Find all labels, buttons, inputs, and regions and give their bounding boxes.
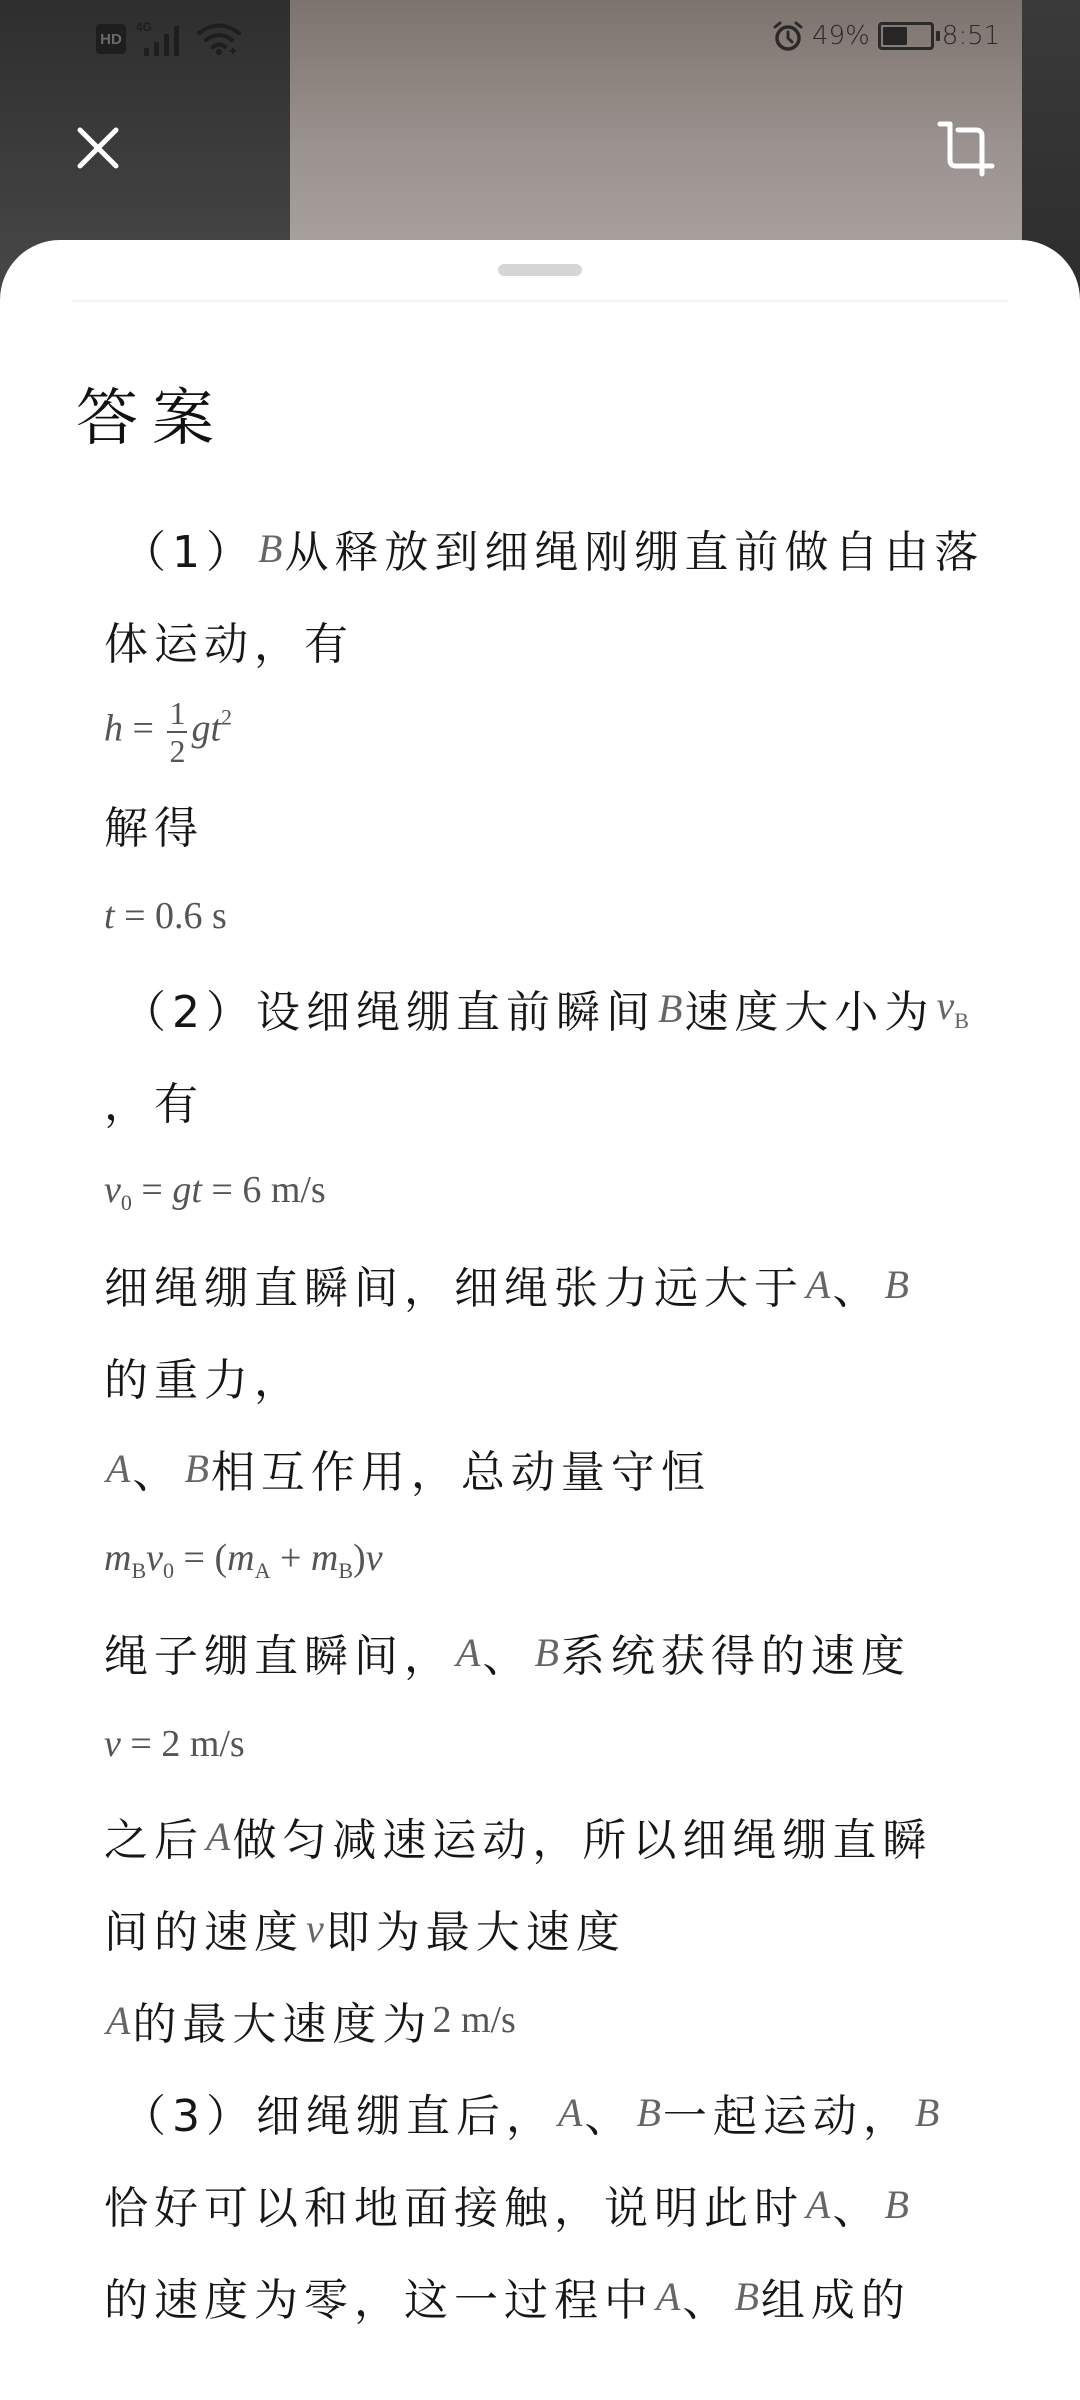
- close-button[interactable]: [70, 120, 126, 176]
- status-left-group: HD 4G: [96, 22, 242, 56]
- math-variable: B: [636, 2089, 660, 2136]
- text-run: 、: [682, 2264, 732, 2328]
- math-variable: A: [206, 1813, 230, 1860]
- hd-icon: HD: [96, 24, 126, 54]
- math-variable: v: [306, 1905, 324, 1952]
- text-run: 之后: [104, 1804, 204, 1868]
- text-run: 系统获得的速度: [561, 1620, 911, 1684]
- text-run: 间的速度: [104, 1896, 304, 1960]
- sheet-drag-handle[interactable]: [498, 264, 582, 276]
- crop-icon: [932, 116, 996, 180]
- math-variable: B: [884, 1261, 908, 1308]
- math-variable: B: [884, 2181, 908, 2228]
- answer-line-1: （1）B从释放到细绳刚绷直前做自由落: [104, 502, 984, 594]
- formula-momentum: mBv0 = (mA + mB)v: [104, 1514, 984, 1606]
- math-variable: A: [806, 1261, 830, 1308]
- close-icon: [76, 126, 120, 170]
- math-variable: B: [658, 985, 682, 1032]
- text-run: 解得: [104, 792, 204, 856]
- text-run: 、: [832, 2172, 882, 2236]
- text-run: 、: [832, 1252, 882, 1316]
- math-variable: A: [558, 2089, 582, 2136]
- text-run: 从释放到细绳刚绷直前做自由落: [284, 516, 984, 580]
- text-run: 、: [584, 2080, 634, 2144]
- math-variable: vB: [936, 982, 968, 1034]
- answer-line-17: A的最大速度为 2 m/s: [104, 1974, 984, 2066]
- math-variable: A: [106, 1997, 130, 2044]
- text-run: 的重力，: [104, 1344, 304, 1408]
- answer-line-11: A、B相互作用，总动量守恒: [104, 1422, 984, 1514]
- answer-line-20: 的速度为零，这一过程中A、B组成的: [104, 2250, 984, 2342]
- formula-v: v = 2 m/s: [104, 1698, 984, 1790]
- text-run: 一起运动，: [663, 2080, 913, 2144]
- formula-h: h = 12gt2: [104, 686, 984, 778]
- text-run: 做匀减速运动，所以细绳绷直瞬: [232, 1804, 932, 1868]
- answer-content: （1）B从释放到细绳刚绷直前做自由落 体运动，有 h = 12gt2 解得 t …: [104, 502, 984, 2342]
- text-run: 绳子绷直瞬间，: [104, 1620, 454, 1684]
- answer-line-10: 的重力，: [104, 1330, 984, 1422]
- text-run: 的速度为零，这一过程中: [104, 2264, 654, 2328]
- math-variable: B: [734, 2273, 758, 2320]
- battery-percent: 49%: [812, 21, 870, 51]
- network-type-label: 4G: [136, 20, 152, 34]
- crop-button[interactable]: [928, 112, 1000, 184]
- math-variable: A: [806, 2181, 830, 2228]
- answer-line-13: 绳子绷直瞬间，A、B系统获得的速度: [104, 1606, 984, 1698]
- math-variable: B: [915, 2089, 939, 2136]
- math-value: 2 m/s: [432, 1998, 515, 2042]
- text-run: 、: [482, 1620, 532, 1684]
- sheet-title: 答案: [76, 368, 228, 457]
- battery-icon: [878, 22, 934, 50]
- text-run: ，有: [104, 1068, 204, 1132]
- math-variable: B: [258, 525, 282, 572]
- text-run: 、: [132, 1436, 182, 1500]
- status-bar: HD 4G 49% 8:51: [0, 0, 1080, 78]
- math-variable: A: [656, 2273, 680, 2320]
- text-run: 的最大速度为: [132, 1988, 432, 2052]
- cellular-signal-icon: 4G: [136, 22, 186, 56]
- text-run: 细绳绷直瞬间，细绳张力远大于: [104, 1252, 804, 1316]
- answer-line-15: 之后A做匀减速运动，所以细绳绷直瞬: [104, 1790, 984, 1882]
- text-run: （1）: [122, 516, 256, 580]
- answer-line-19: 恰好可以和地面接触，说明此时A、B: [104, 2158, 984, 2250]
- math-variable: B: [534, 1629, 558, 1676]
- wifi-icon: [196, 22, 242, 56]
- text-run: 即为最大速度: [326, 1896, 626, 1960]
- text-run: 恰好可以和地面接触，说明此时: [104, 2172, 804, 2236]
- answer-line-16: 间的速度v即为最大速度: [104, 1882, 984, 1974]
- answer-line-6: （2）设细绳绷直前瞬间B速度大小为vB: [104, 962, 984, 1054]
- answer-line-18: （3）细绳绷直后，A、B一起运动，B: [104, 2066, 984, 2158]
- formula-v0: v0 = gt = 6 m/s: [104, 1146, 984, 1238]
- math-variable: A: [456, 1629, 480, 1676]
- text-run: （2）设细绳绷直前瞬间: [122, 976, 656, 1040]
- clock-time: 8:51: [942, 21, 1000, 51]
- math-variable: A: [106, 1445, 130, 1492]
- status-right-group: 49% 8:51: [772, 20, 1000, 52]
- formula-t: t = 0.6 s: [104, 870, 984, 962]
- text-run: 相互作用，总动量守恒: [211, 1436, 711, 1500]
- answer-line-2: 体运动，有: [104, 594, 984, 686]
- math-variable: B: [184, 1445, 208, 1492]
- answer-sheet: 答案 （1）B从释放到细绳刚绷直前做自由落 体运动，有 h = 12gt2 解得…: [0, 240, 1080, 2400]
- answer-line-7: ，有: [104, 1054, 984, 1146]
- answer-line-9: 细绳绷直瞬间，细绳张力远大于A、B: [104, 1238, 984, 1330]
- text-run: 速度大小为: [684, 976, 934, 1040]
- text-run: 体运动，有: [104, 608, 354, 672]
- alarm-icon: [772, 20, 804, 52]
- text-run: 组成的: [761, 2264, 911, 2328]
- sheet-divider: [72, 300, 1008, 302]
- answer-line-4: 解得: [104, 778, 984, 870]
- text-run: （3）细绳绷直后，: [122, 2080, 556, 2144]
